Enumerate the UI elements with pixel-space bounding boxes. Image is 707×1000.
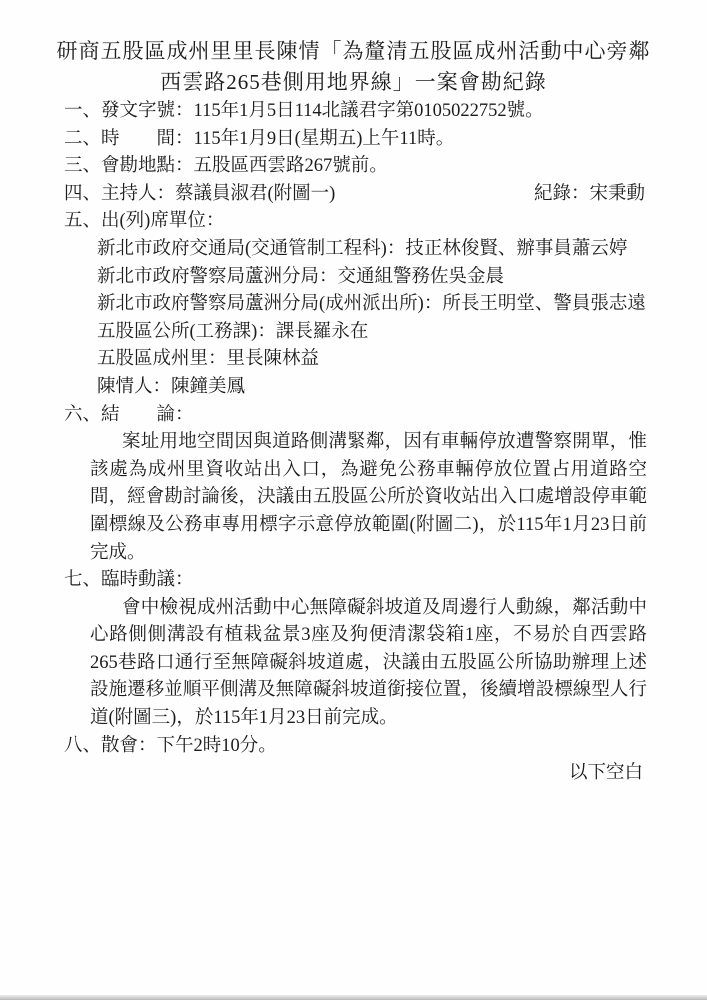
attendee-line: 新北市政府交通局(交通管制工程科)：技正林俊賢、辦事員蕭云婷 <box>97 236 649 264</box>
blank-below-note: 以下空白 <box>0 760 643 788</box>
item-adjournment: 八、散會：下午2時10分。 <box>64 733 649 761</box>
document-title: 研商五股區成州里里長陳情「為釐清五股區成州活動中心旁鄰 西雲路265巷側用地界線… <box>0 36 707 98</box>
recorder-label: 紀錄：宋秉動 <box>534 181 645 209</box>
conclusion-paragraph: 案址用地空間因與道路側溝緊鄰，因有車輛停放遭警察開單，惟該處為成州里資收站出入口… <box>90 429 647 567</box>
attendee-line: 五股區公所(工務課)：課長羅永在 <box>97 319 649 347</box>
scan-bottom-edge <box>0 995 707 1000</box>
document-body: 一、發文字號：115年1月5日114北議君字第0105022752號。 二、時 … <box>0 98 707 788</box>
item-extempore-motion-header: 七、臨時動議： <box>64 567 649 595</box>
document-title-line2: 西雲路265巷側用地界線」一案會勘紀錄 <box>0 67 707 98</box>
item-chairperson-row: 四、主持人：蔡議員淑君(附圖一) 紀錄：宋秉動 <box>64 181 645 209</box>
attendee-line: 新北市政府警察局蘆洲分局：交通組警務佐吳金晨 <box>97 264 649 292</box>
item-conclusion-header: 六、結 論： <box>64 402 649 430</box>
attendee-line: 新北市政府警察局蘆洲分局(成州派出所)：所長王明堂、警員張志遠 <box>97 291 649 319</box>
chairperson-label: 四、主持人：蔡議員淑君(附圖一) <box>64 181 335 209</box>
attendee-line: 五股區成州里：里長陳林益 <box>97 346 649 374</box>
item-meeting-location: 三、會勘地點：五股區西雲路267號前。 <box>64 153 649 181</box>
extempore-motion-paragraph: 會中檢視成州活動中心無障礙斜坡道及周邊行人動線，鄰活動中心路側側溝設有植栽盆景3… <box>90 595 647 733</box>
meeting-record-document: 研商五股區成州里里長陳情「為釐清五股區成州活動中心旁鄰 西雲路265巷側用地界線… <box>0 0 707 1000</box>
item-meeting-time: 二、時 間：115年1月9日(星期五)上午11時。 <box>64 126 649 154</box>
document-title-line1: 研商五股區成州里里長陳情「為釐清五股區成州活動中心旁鄰 <box>0 36 707 67</box>
item-attendee-units-header: 五、出(列)席單位： <box>64 208 649 236</box>
attendee-line: 陳情人：陳鐘美鳳 <box>97 374 649 402</box>
item-document-number: 一、發文字號：115年1月5日114北議君字第0105022752號。 <box>64 98 649 126</box>
